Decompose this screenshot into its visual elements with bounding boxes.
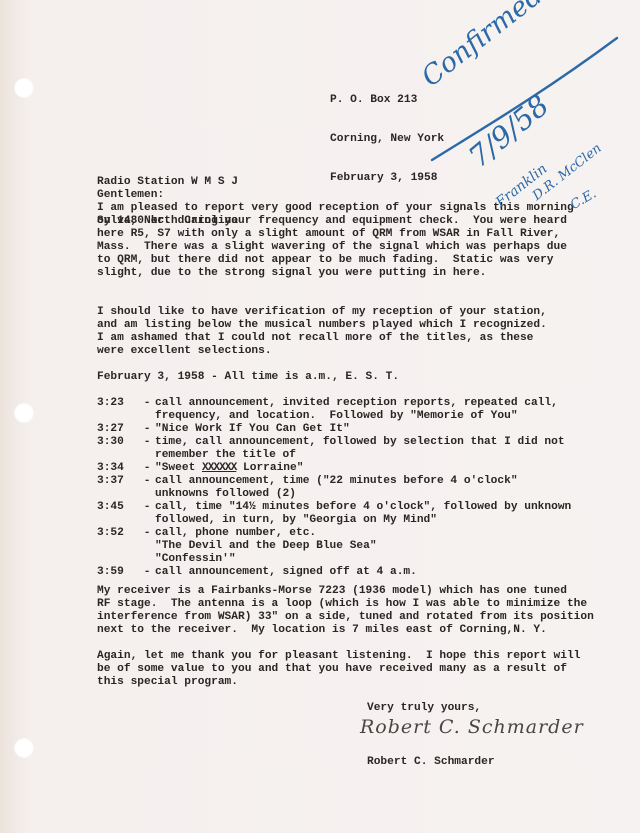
ink-strike-line [0, 0, 640, 833]
